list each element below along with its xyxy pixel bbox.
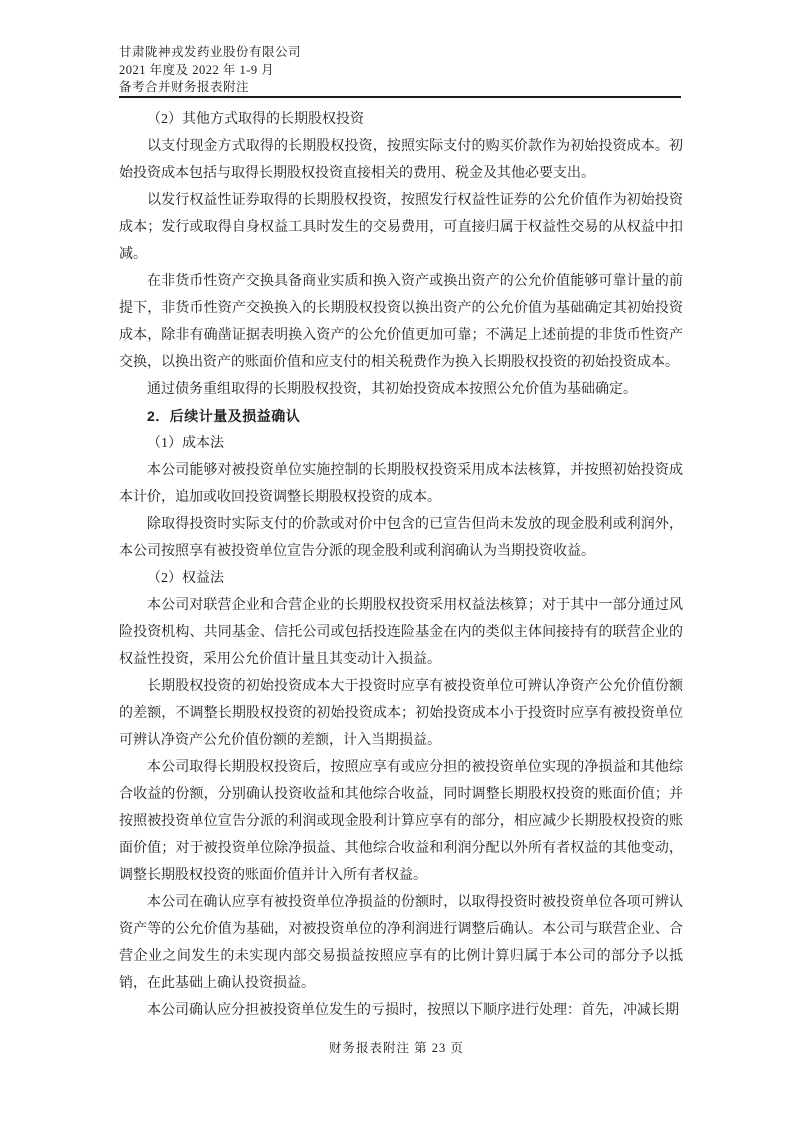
paragraph: 本公司确认应分担被投资单位发生的亏损时，按照以下顺序进行处理：首先，冲减长期 [119, 997, 683, 1024]
paragraph: 本公司对联营企业和合营企业的长期股权投资采用权益法核算；对于其中一部分通过风险投… [119, 592, 683, 673]
subheading: （1）成本法 [119, 430, 683, 457]
paragraph: 本公司取得长期股权投资后，按照应享有或应分担的被投资单位实现的净损益和其他综合收… [119, 754, 683, 889]
document-page: 甘肃陇神戎发药业股份有限公司 2021 年度及 2022 年 1-9 月 备考合… [0, 0, 793, 1122]
section-heading: 2．后续计量及损益确认 [119, 403, 683, 430]
header-company-name: 甘肃陇神戎发药业股份有限公司 [119, 44, 681, 62]
subheading: （2）其他方式取得的长期股权投资 [119, 106, 683, 133]
paragraph: 除取得投资时实际支付的价款或对价中包含的已宣告但尚未发放的现金股利或利润外，本公… [119, 511, 683, 565]
footer-page-label: 财务报表附注 第 23 页 [0, 1038, 793, 1056]
document-body: （2）其他方式取得的长期股权投资 以支付现金方式取得的长期股权投资，按照实际支付… [119, 106, 683, 1024]
paragraph: 以发行权益性证券取得的长期股权投资，按照发行权益性证券的公允价值作为初始投资成本… [119, 187, 683, 268]
paragraph: 以支付现金方式取得的长期股权投资，按照实际支付的购买价款作为初始投资成本。初始投… [119, 133, 683, 187]
paragraph: 在非货币性资产交换具备商业实质和换入资产或换出资产的公允价值能够可靠计量的前提下… [119, 268, 683, 376]
subheading: （2）权益法 [119, 565, 683, 592]
header-report-period: 2021 年度及 2022 年 1-9 月 [119, 62, 681, 80]
paragraph: 本公司能够对被投资单位实施控制的长期股权投资采用成本法核算，并按照初始投资成本计… [119, 457, 683, 511]
paragraph: 本公司在确认应享有被投资单位净损益的份额时，以取得投资时被投资单位各项可辨认资产… [119, 889, 683, 997]
page-header: 甘肃陇神戎发药业股份有限公司 2021 年度及 2022 年 1-9 月 备考合… [119, 44, 681, 97]
header-divider [119, 96, 681, 98]
paragraph: 通过债务重组取得的长期股权投资，其初始投资成本按照公允价值为基础确定。 [119, 376, 683, 403]
header-doc-title: 备考合并财务报表附注 [119, 79, 681, 97]
paragraph: 长期股权投资的初始投资成本大于投资时应享有被投资单位可辨认净资产公允价值份额的差… [119, 673, 683, 754]
